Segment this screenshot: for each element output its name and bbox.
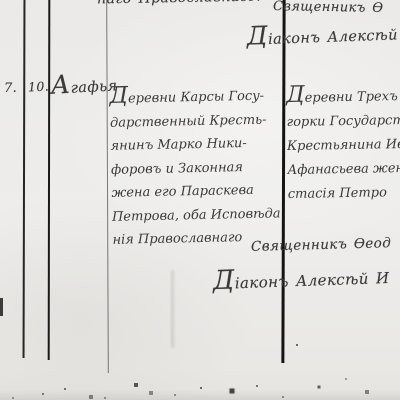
header-fragment-text: наго Православнаго.	[97, 0, 261, 7]
page-edge-mark	[0, 298, 3, 316]
female-number-cell: 10.	[28, 78, 50, 94]
parents-line: Петрова, оба Исповѣда	[112, 202, 288, 229]
header-priest-text: Священникъ Ѳ	[273, 0, 384, 16]
deacon-signature: Діаконъ Алексѣй И	[213, 269, 390, 293]
godparents-line: горки Государств	[286, 109, 400, 135]
priest-signature: Священникъ Ѳеод	[251, 235, 392, 255]
godparents-line: Деревни Трехъ	[286, 85, 400, 111]
paper-crease	[171, 270, 174, 348]
male-number-cell: 7.	[4, 81, 17, 96]
godparents-line: стасія Петро	[288, 181, 400, 207]
header-deacon-signature: Діаконъ Алексѣй	[247, 27, 398, 48]
parents-column-text: Деревни Карсы Госу- дарственный Кресть- …	[109, 84, 288, 252]
godparents-column-text: Деревни Трехъ горки Государств Крестьяни…	[286, 85, 400, 207]
bottom-scan-shade	[0, 390, 400, 400]
godparents-line: Афанасьева жен	[287, 157, 400, 183]
scan-speckles	[0, 0, 2, 2]
parents-line: Деревни Карсы Госу-	[109, 84, 285, 111]
parents-line: дарственный Кресть-	[110, 108, 286, 135]
column-rule-3	[106, 0, 109, 373]
column-rule-1	[23, 0, 25, 358]
godparents-line: Крестьянина Ив	[287, 133, 400, 159]
column-rule-2	[48, 0, 51, 360]
metric-book-scan-page: наго Православнаго. Священникъ Ѳ Діаконъ…	[0, 0, 400, 400]
